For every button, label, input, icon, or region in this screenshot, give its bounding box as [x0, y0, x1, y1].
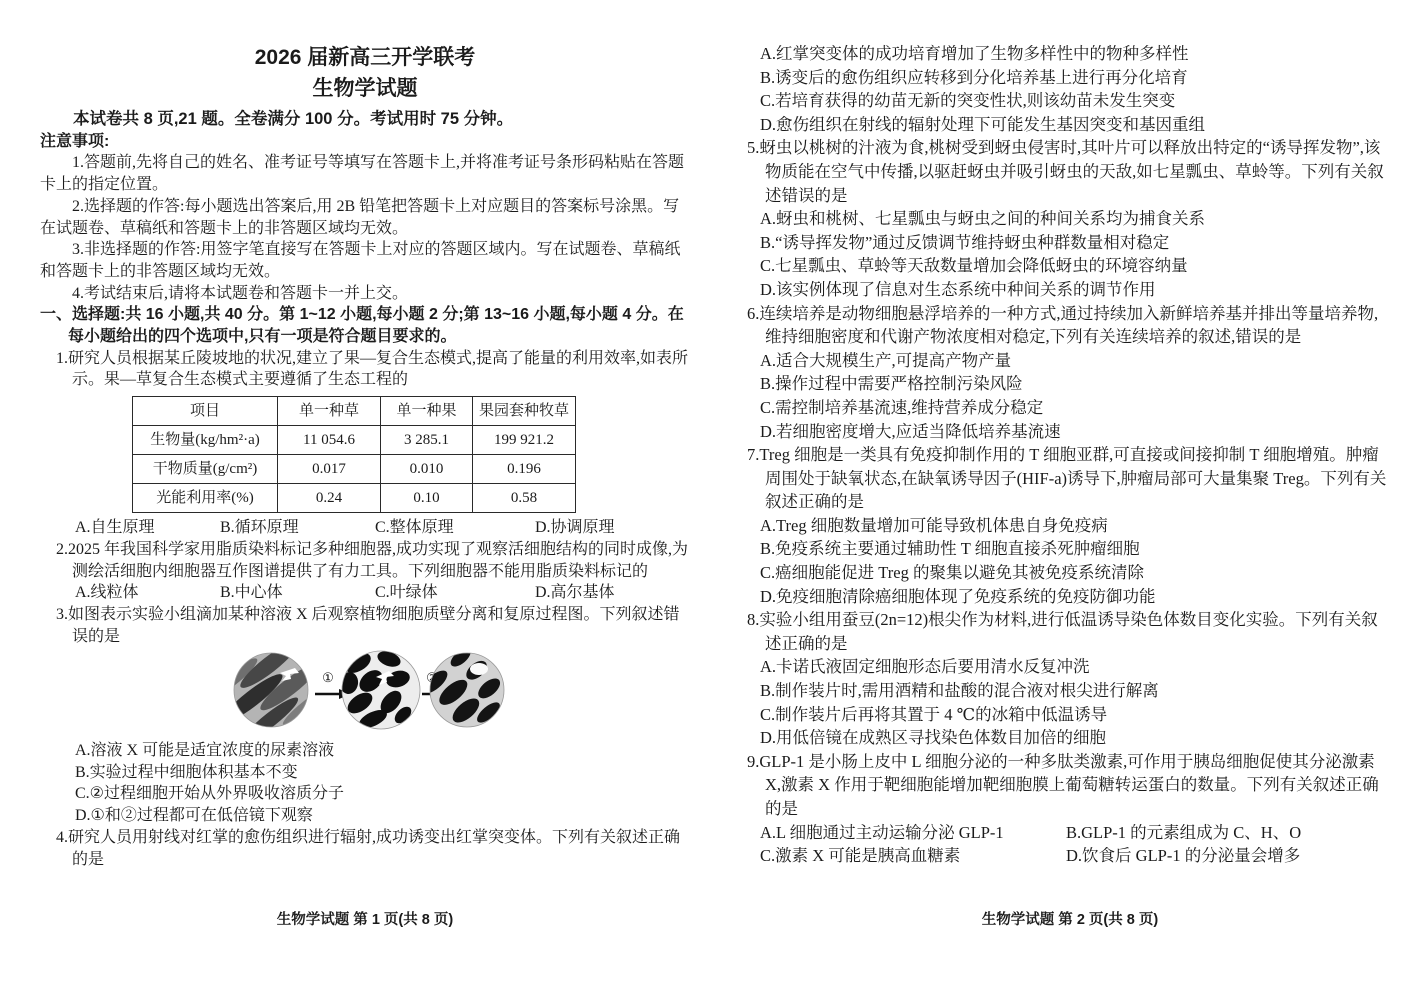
q1-table-cell: 干物质量(g/cm²): [133, 455, 278, 484]
page-2-footer: 生物学试题 第 2 页(共 8 页): [745, 908, 1395, 929]
page-1: 2026 届新高三开学联考 生物学试题 本试卷共 8 页,21 题。全卷满分 1…: [40, 42, 690, 870]
q1-option-c: C.整体原理: [375, 517, 535, 539]
q1-options: A.自生原理 B.循环原理 C.整体原理 D.协调原理: [75, 517, 690, 539]
question-2-text: 2025 年我国科学家用脂质染料标记多种细胞器,成功实现了观察活细胞结构的同时成…: [68, 541, 688, 580]
q1-table-cell: 0.196: [473, 455, 576, 484]
question-4: 4.研究人员用射线对红掌的愈伤组织进行辐射,成功诱变出红掌突变体。下列有关叙述正…: [56, 827, 690, 870]
q1-table-header: 果园套种牧草: [473, 397, 576, 426]
micrograph-initial: [233, 649, 337, 731]
page-1-footer: 生物学试题 第 1 页(共 8 页): [40, 908, 690, 929]
q3-option-a: A.溶液 X 可能是适宜浓度的尿素溶液: [75, 740, 690, 762]
question-4-text: 研究人员用射线对红掌的愈伤组织进行辐射,成功诱变出红掌突变体。下列有关叙述正确的…: [68, 829, 680, 868]
q2-option-c: C.叶绿体: [375, 582, 535, 604]
q5-option-d: D.该实例体现了信息对生态系统中种间关系的调节作用: [760, 278, 1393, 302]
question-9-text: GLP-1 是小肠上皮中 L 细胞分泌的一种多肽类激素,可作用于胰岛细胞促使其分…: [759, 752, 1378, 818]
plasmolysis-figure: ① ②: [233, 649, 525, 731]
step-1-label: ①: [322, 670, 334, 685]
q5-option-b: B.“诱导挥发物”通过反馈调节维持蚜虫种群数量相对稳定: [760, 231, 1393, 255]
q2-option-b: B.中心体: [220, 582, 375, 604]
q2-option-a: A.线粒体: [75, 582, 220, 604]
question-2: 2.2025 年我国科学家用脂质染料标记多种细胞器,成功实现了观察活细胞结构的同…: [56, 539, 690, 582]
q9-options-row-2: C.激素 X 可能是胰高血糖素 D.饮食后 GLP-1 的分泌量会增多: [760, 844, 1393, 868]
q1-option-a: A.自生原理: [75, 517, 220, 539]
q3-option-c: C.②过程细胞开始从外界吸收溶质分子: [75, 783, 690, 805]
q4-option-a: A.红掌突变体的成功培育增加了生物多样性中的物种多样性: [760, 42, 1393, 66]
question-8-number: 8.: [747, 610, 759, 629]
question-7: 7.Treg 细胞是一类具有免疫抑制作用的 T 细胞亚群,可直接或间接抑制 T …: [747, 443, 1393, 514]
q1-table-header: 单一种草: [278, 397, 381, 426]
subject-title: 生物学试题: [40, 73, 690, 104]
q2-option-d: D.高尔基体: [535, 582, 690, 604]
section-1-heading: 一、选择题:共 16 小题,共 40 分。第 1~12 小题,每小题 2 分;第…: [40, 304, 690, 347]
question-9-number: 9.: [747, 752, 759, 771]
question-5-number: 5.: [747, 138, 759, 157]
question-8-text: 实验小组用蚕豆(2n=12)根尖作为材料,进行低温诱导染色体数目变化实验。下列有…: [759, 610, 1377, 653]
q2-options: A.线粒体 B.中心体 C.叶绿体 D.高尔基体: [75, 582, 690, 604]
q1-option-d: D.协调原理: [535, 517, 690, 539]
question-1: 1.研究人员根据某丘陵坡地的状况,建立了果—复合生态模式,提高了能量的利用效率,…: [56, 348, 690, 391]
question-9: 9.GLP-1 是小肠上皮中 L 细胞分泌的一种多肽类激素,可作用于胰岛细胞促使…: [747, 750, 1393, 821]
q8-option-a: A.卡诺氏液固定细胞形态后要用清水反复冲洗: [760, 655, 1393, 679]
q8-option-c: C.制作装片后再将其置于 4 ℃的冰箱中低温诱导: [760, 703, 1393, 727]
q4-option-d: D.愈伤组织在射线的辐射处理下可能发生基因突变和基因重组: [760, 113, 1393, 137]
q1-table-cell: 0.017: [278, 455, 381, 484]
micrograph-plasmolyzed: [338, 649, 422, 731]
page-2: A.红掌突变体的成功培育增加了生物多样性中的物种多样性 B.诱变后的愈伤组织应转…: [745, 42, 1393, 868]
notice-item-3: 3.非选择题的作答:用签字笔直接写在答题卡上对应的答题区域内。写在试题卷、草稿纸…: [40, 239, 690, 282]
q7-option-d: D.免疫细胞清除癌细胞体现了免疫系统的免疫防御功能: [760, 585, 1393, 609]
notice-item-4: 4.考试结束后,请将本试题卷和答题卡一并上交。: [40, 283, 690, 305]
q1-table-cell: 3 285.1: [381, 426, 473, 455]
q9-options-row-1: A.L 细胞通过主动运输分泌 GLP-1 B.GLP-1 的元素组成为 C、H、…: [760, 821, 1393, 845]
q1-table-cell: 0.10: [381, 484, 473, 513]
q1-table-row: 光能利用率(%) 0.24 0.10 0.58: [133, 484, 576, 513]
q8-option-d: D.用低倍镜在成熟区寻找染色体数目加倍的细胞: [760, 726, 1393, 750]
q1-table-row: 生物量(kg/hm²·a) 11 054.6 3 285.1 199 921.2: [133, 426, 576, 455]
q1-table-header-row: 项目 单一种草 单一种果 果园套种牧草: [133, 397, 576, 426]
q1-table: 项目 单一种草 单一种果 果园套种牧草 生物量(kg/hm²·a) 11 054…: [132, 396, 576, 513]
q1-table-cell: 199 921.2: [473, 426, 576, 455]
q9-option-d: D.饮食后 GLP-1 的分泌量会增多: [1066, 844, 1393, 868]
q6-option-c: C.需控制培养基流速,维持营养成分稳定: [760, 396, 1393, 420]
question-5-text: 蚜虫以桃树的汁液为食,桃树受到蚜虫侵害时,其叶片可以释放出特定的“诱导挥发物”,…: [759, 138, 1383, 204]
q6-option-a: A.适合大规模生产,可提高产物产量: [760, 349, 1393, 373]
question-3: 3.如图表示实验小组滴加某种溶液 X 后观察植物细胞质壁分离和复原过程图。下列叙…: [56, 604, 690, 647]
question-4-number: 4.: [56, 829, 68, 846]
notice-item-2: 2.选择题的作答:每小题选出答案后,用 2B 铅笔把答题卡上对应题目的答案标号涂…: [40, 196, 690, 239]
q1-table-cell: 0.58: [473, 484, 576, 513]
q1-table-cell: 11 054.6: [278, 426, 381, 455]
question-6-text: 连续培养是动物细胞悬浮培养的一种方式,通过持续加入新鲜培养基并排出等量培养物,维…: [759, 304, 1378, 347]
q5-option-a: A.蚜虫和桃树、七星瓢虫与蚜虫之间的种间关系均为捕食关系: [760, 207, 1393, 231]
q4-option-c: C.若培育获得的幼苗无新的突变性状,则该幼苗未发生突变: [760, 89, 1393, 113]
question-5: 5.蚜虫以桃树的汁液为食,桃树受到蚜虫侵害时,其叶片可以释放出特定的“诱导挥发物…: [747, 136, 1393, 207]
q1-table-row: 干物质量(g/cm²) 0.017 0.010 0.196: [133, 455, 576, 484]
micrograph-recovered: [417, 649, 515, 731]
q3-option-d: D.①和②过程都可在低倍镜下观察: [75, 805, 690, 827]
q9-option-c: C.激素 X 可能是胰高血糖素: [760, 844, 1066, 868]
notice-item-1: 1.答题前,先将自己的姓名、准考证号等填写在答题卡上,并将准考证号条形码粘贴在答…: [40, 152, 690, 195]
exam-info: 本试卷共 8 页,21 题。全卷满分 100 分。考试用时 75 分钟。: [40, 109, 690, 131]
q9-option-b: B.GLP-1 的元素组成为 C、H、O: [1066, 821, 1393, 845]
question-6: 6.连续培养是动物细胞悬浮培养的一种方式,通过持续加入新鲜培养基并排出等量培养物…: [747, 302, 1393, 349]
q8-option-b: B.制作装片时,需用酒精和盐酸的混合液对根尖进行解离: [760, 679, 1393, 703]
question-7-text: Treg 细胞是一类具有免疫抑制作用的 T 细胞亚群,可直接或间接抑制 T 细胞…: [759, 445, 1386, 511]
q7-option-c: C.癌细胞能促进 Treg 的聚集以避免其被免疫系统清除: [760, 561, 1393, 585]
question-3-number: 3.: [56, 606, 68, 623]
q5-option-c: C.七星瓢虫、草蛉等天敌数量增加会降低蚜虫的环境容纳量: [760, 254, 1393, 278]
q1-option-b: B.循环原理: [220, 517, 375, 539]
q1-table-cell: 0.010: [381, 455, 473, 484]
notice-heading: 注意事项:: [40, 131, 690, 153]
question-7-number: 7.: [747, 445, 759, 464]
q1-table-cell: 0.24: [278, 484, 381, 513]
q1-table-header: 项目: [133, 397, 278, 426]
question-3-text: 如图表示实验小组滴加某种溶液 X 后观察植物细胞质壁分离和复原过程图。下列叙述错…: [68, 606, 680, 645]
q3-figure: ① ②: [233, 649, 690, 738]
q6-option-b: B.操作过程中需要严格控制污染风险: [760, 372, 1393, 396]
q7-option-a: A.Treg 细胞数量增加可能导致机体患自身免疫病: [760, 514, 1393, 538]
question-8: 8.实验小组用蚕豆(2n=12)根尖作为材料,进行低温诱导染色体数目变化实验。下…: [747, 608, 1393, 655]
q3-option-b: B.实验过程中细胞体积基本不变: [75, 762, 690, 784]
q6-option-d: D.若细胞密度增大,应适当降低培养基流速: [760, 420, 1393, 444]
question-6-number: 6.: [747, 304, 759, 323]
q9-option-a: A.L 细胞通过主动运输分泌 GLP-1: [760, 821, 1066, 845]
q1-table-cell: 生物量(kg/hm²·a): [133, 426, 278, 455]
question-1-number: 1.: [56, 350, 68, 367]
question-2-number: 2.: [56, 541, 68, 558]
exam-title: 2026 届新高三开学联考: [40, 42, 690, 73]
q1-table-cell: 光能利用率(%): [133, 484, 278, 513]
q7-option-b: B.免疫系统主要通过辅助性 T 细胞直接杀死肿瘤细胞: [760, 537, 1393, 561]
q1-table-header: 单一种果: [381, 397, 473, 426]
q4-option-b: B.诱变后的愈伤组织应转移到分化培养基上进行再分化培育: [760, 66, 1393, 90]
question-1-text: 研究人员根据某丘陵坡地的状况,建立了果—复合生态模式,提高了能量的利用效率,如表…: [68, 350, 688, 389]
